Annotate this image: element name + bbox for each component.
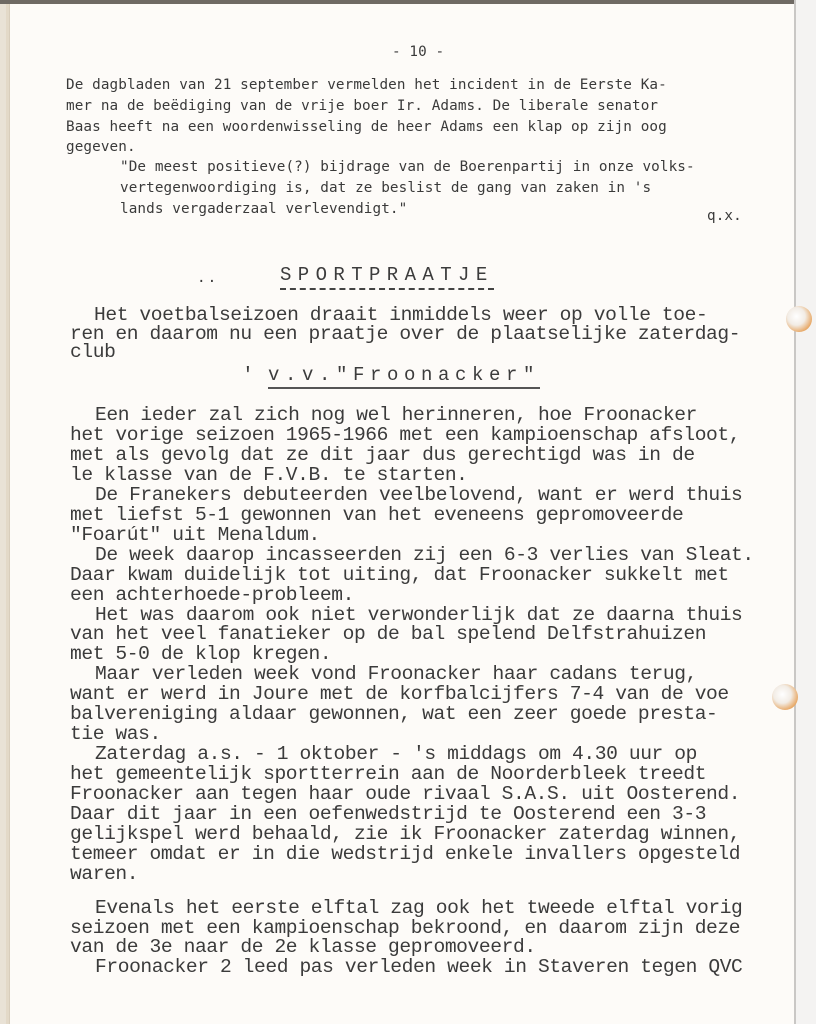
body-line: Daar kwam duidelijk tot uiting, dat Froo… bbox=[70, 564, 729, 586]
body-line: met 5-0 de klop kregen. bbox=[70, 643, 331, 665]
body-line: temeer omdat er in die wedstrijd enkele … bbox=[70, 843, 740, 865]
page-binding-edge bbox=[794, 0, 816, 1024]
club-bullet: ' bbox=[242, 364, 253, 386]
news-line: De dagbladen van 21 september vermelden … bbox=[66, 77, 667, 93]
intro-line: club bbox=[70, 341, 115, 363]
club-name: v.v."Froonacker" bbox=[268, 364, 540, 389]
body-line: want er werd in Joure met de korfbalcijf… bbox=[70, 683, 729, 705]
section-title: SPORTPRAATJE bbox=[280, 264, 494, 286]
body-line: waren. bbox=[70, 863, 138, 885]
body-line: een achterhoede-probleem. bbox=[70, 584, 354, 606]
news-line: Baas heeft na een woordenwisseling de he… bbox=[66, 119, 667, 135]
intro-line: ren en daarom nu een praatje over de pla… bbox=[70, 323, 740, 345]
body-line: Een ieder zal zich nog wel herinneren, h… bbox=[95, 404, 697, 426]
quote-line: "De meest positieve(?) bijdrage van de B… bbox=[120, 159, 695, 175]
quote-line: vertegenwoordiging is, dat ze beslist de… bbox=[120, 180, 651, 196]
section-title-text: SPORTPRAATJE bbox=[280, 264, 494, 290]
quote-line: lands vergaderzaal verlevendigt." bbox=[120, 201, 407, 217]
club-heading: v.v."Froonacker" bbox=[268, 364, 540, 386]
news-signature: q.x. bbox=[707, 208, 742, 224]
body-line: van het veel fanatieker op de bal spelen… bbox=[70, 623, 706, 645]
body-line: het vorige seizoen 1965-1966 met een kam… bbox=[70, 424, 740, 446]
body-line: Zaterdag a.s. - 1 oktober - 's middags o… bbox=[95, 743, 697, 765]
closing-line: Froonacker 2 leed pas verleden week in S… bbox=[95, 956, 742, 978]
body-line: met als gevolg dat ze dit jaar dus gerec… bbox=[70, 444, 695, 466]
body-line: gelijkspel werd behaald, zie ik Froonack… bbox=[70, 823, 740, 845]
body-line: "Foarút" uit Menaldum. bbox=[70, 524, 320, 546]
body-line: het gemeentelijk sportterrein aan de Noo… bbox=[70, 763, 706, 785]
body-line: tie was. bbox=[70, 723, 161, 745]
body-line: Froonacker aan tegen haar oude rivaal S.… bbox=[70, 783, 740, 805]
body-line: balvereniging aldaar gewonnen, wat een z… bbox=[70, 703, 717, 725]
body-line: le klasse van de F.V.B. te starten. bbox=[70, 464, 468, 486]
page-number: - 10 - bbox=[392, 44, 444, 60]
body-line: met liefst 5-1 gewonnen van het eveneens… bbox=[70, 504, 683, 526]
body-line: Het was daarom ook niet verwonderlijk da… bbox=[95, 604, 742, 626]
news-line: mer na de beëdiging van de vrije boer Ir… bbox=[66, 98, 658, 114]
body-line: Daar dit jaar in een oefenwedstrijd te O… bbox=[70, 803, 706, 825]
body-line: De Franekers debuteerden veelbelovend, w… bbox=[95, 484, 742, 506]
news-line: gegeven. bbox=[66, 139, 136, 155]
punch-hole-bottom bbox=[772, 684, 798, 710]
body-line: De week daarop incasseerden zij een 6-3 … bbox=[95, 544, 754, 566]
decor-dots: .. bbox=[197, 270, 218, 286]
body-line: Maar verleden week vond Froonacker haar … bbox=[95, 663, 697, 685]
punch-hole-top bbox=[786, 306, 812, 332]
